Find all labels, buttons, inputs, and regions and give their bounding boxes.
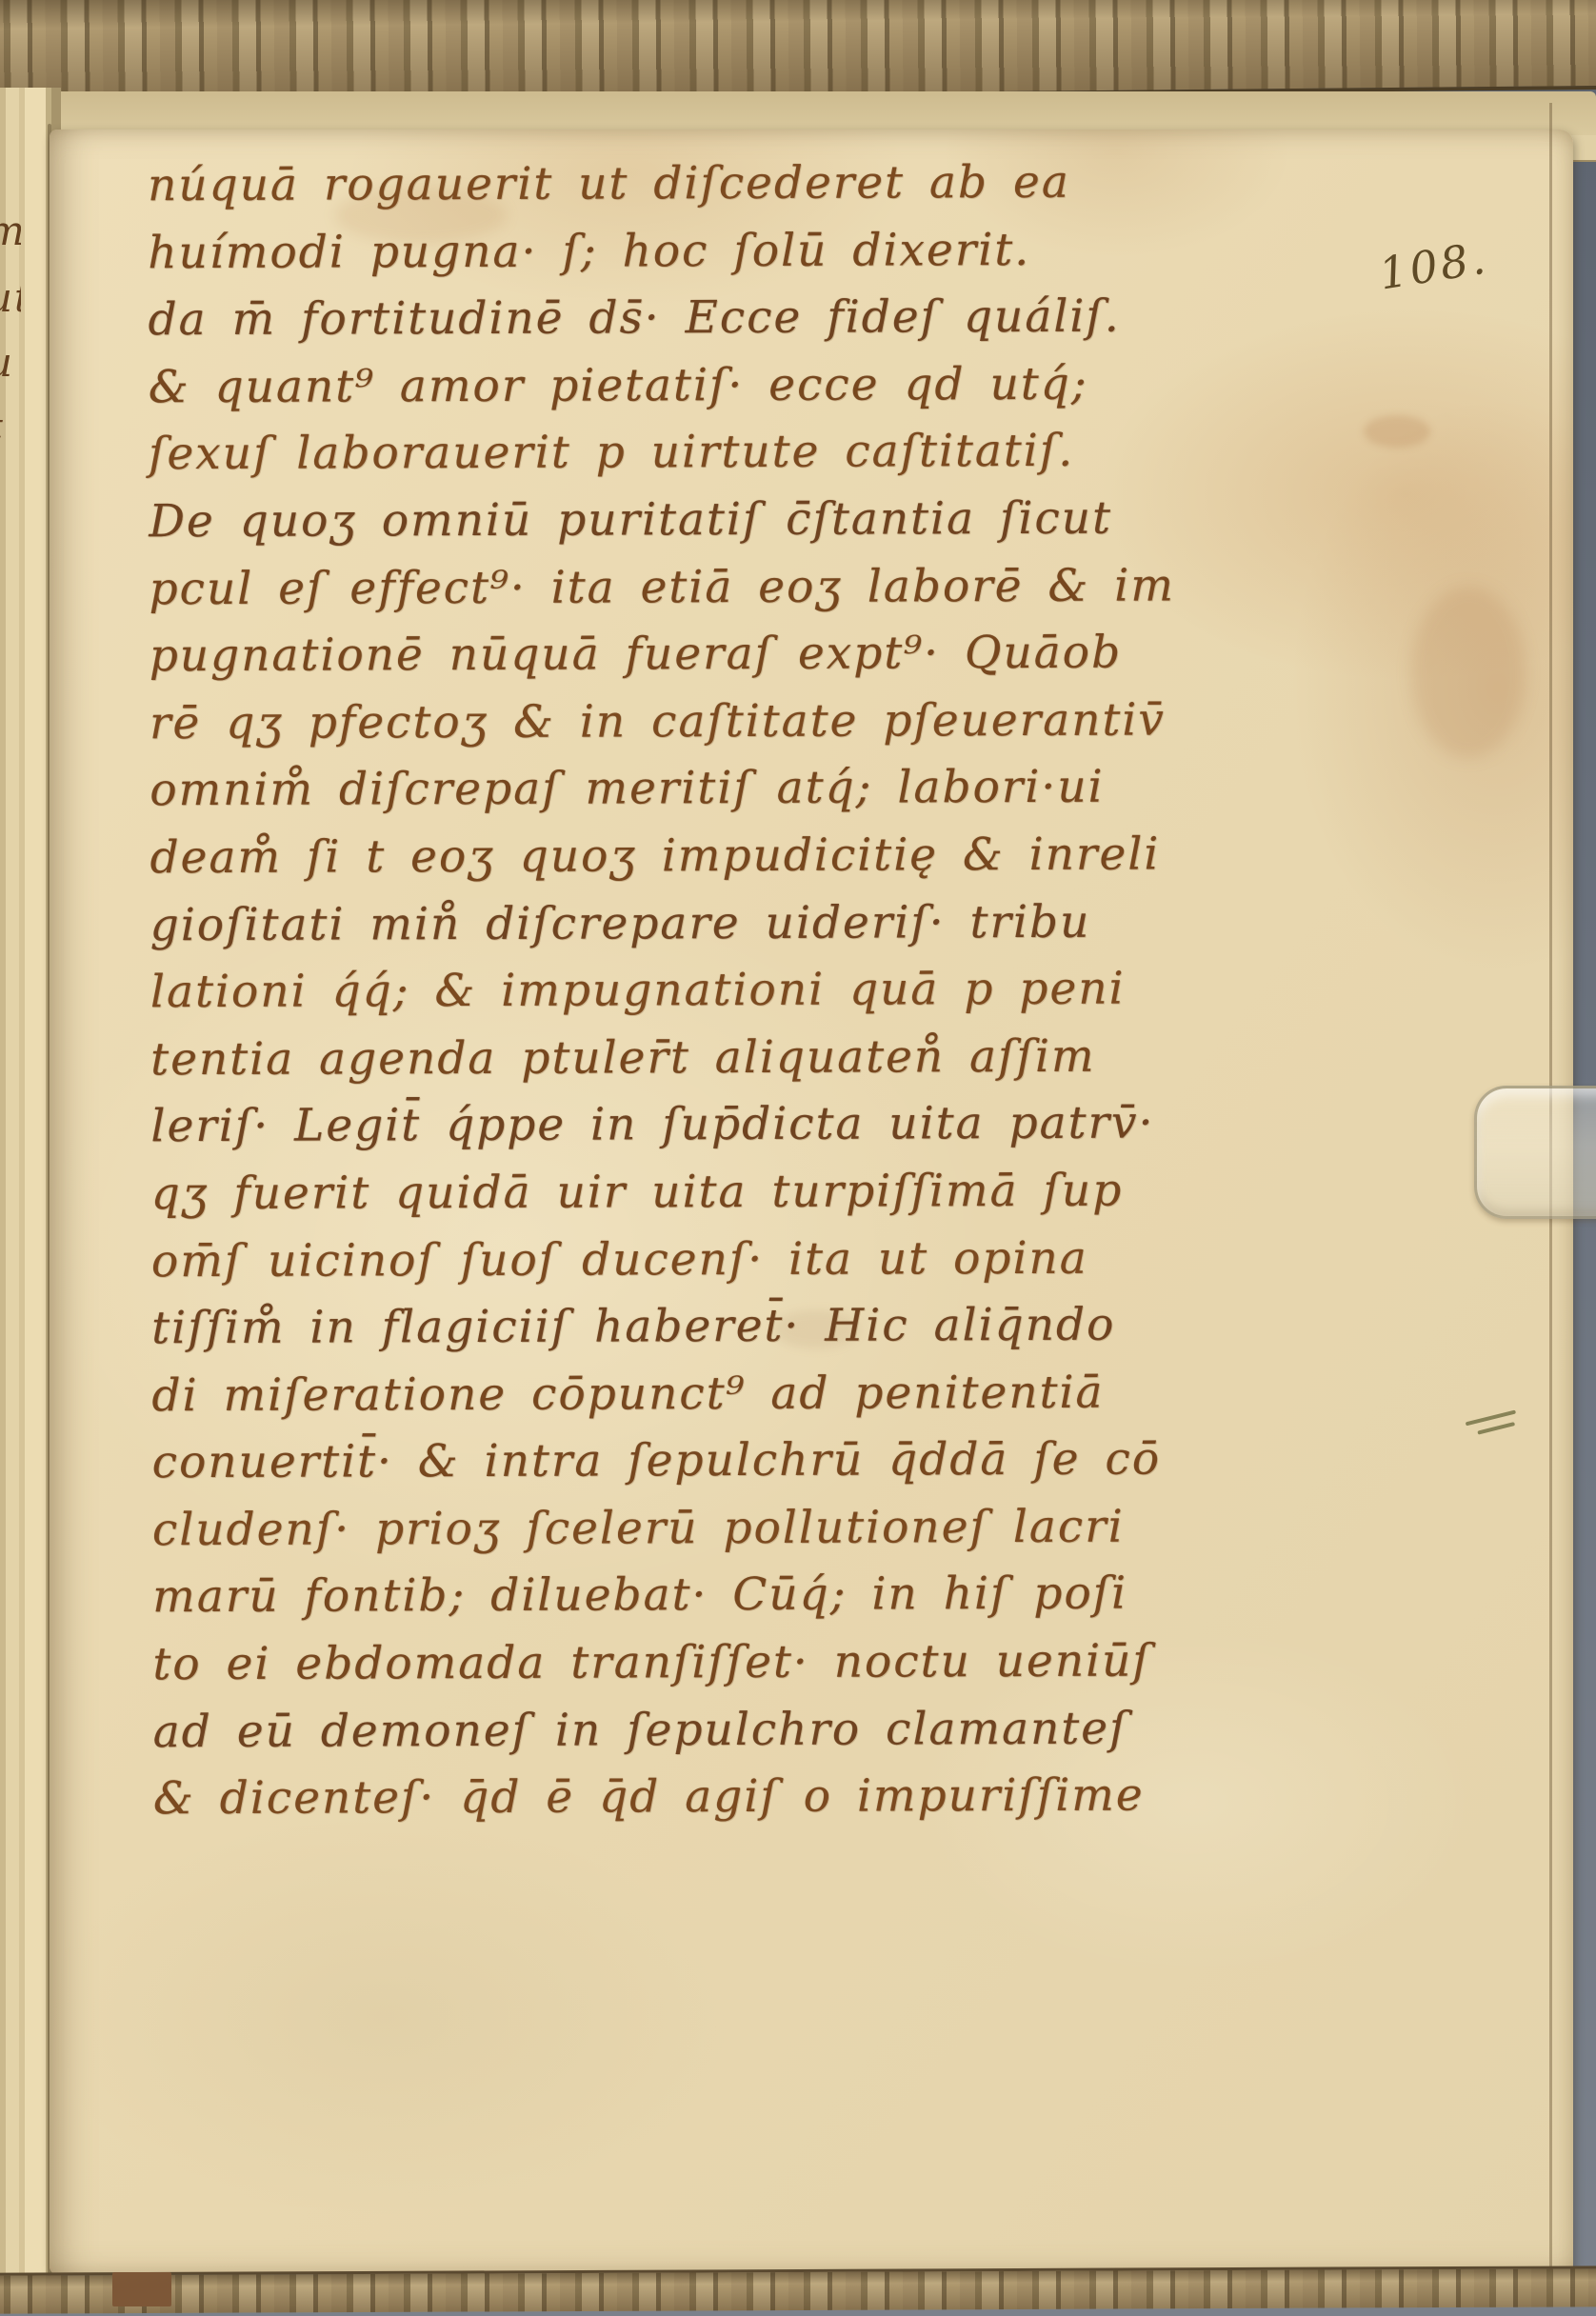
manuscript-line: om̄ſ uicinoſ ſuoſ ducenſ· ita ut opina: [151, 1224, 1351, 1295]
manuscript-line: ad eū demoneſ in ſepulchro clamanteſ: [153, 1694, 1353, 1766]
manuscript-photo: ma ut u t 108. núquā rogauerit ut diſced…: [0, 0, 1596, 2316]
book-board-corner: [112, 2272, 171, 2306]
manuscript-line: da m̄ fortitudinē ds̄· Ecce fideſ quáliſ…: [148, 283, 1347, 354]
book-bottom-fore-edge: [0, 2266, 1596, 2313]
parchment-stain: [1411, 587, 1526, 758]
manuscript-line: qʒ fuerit quidā uir uita turpiſſimā ſup: [151, 1157, 1351, 1228]
facing-page-fragment: u: [0, 339, 14, 386]
manuscript-page: 108. núquā rogauerit ut diſcederet ab ea…: [50, 130, 1573, 2274]
folio-number: 108.: [1375, 231, 1490, 299]
manuscript-line: & dicenteſ· q̄d ē q̄d agiſ o impuriſſime: [153, 1762, 1353, 1833]
manuscript-line: pcul eſ effect⁹· ita etiā eoʒ laborē & i…: [149, 551, 1348, 623]
facing-page-text-fragments: ma ut u t: [0, 200, 21, 695]
manuscript-line: rē qʒ pfectoʒ & in caſtitate pſeuerantiv…: [150, 687, 1349, 758]
manuscript-line: lationi q́q́; & impugnationi quā p peni: [150, 955, 1350, 1027]
manuscript-line: cludenſ· prioʒ ſcelerū pollutioneſ lacri: [152, 1493, 1352, 1565]
facing-page-fragment: ut: [0, 274, 21, 321]
manuscript-line: tiſſim̊ in flagiciiſ haberet̄· Hic aliq̄…: [151, 1291, 1351, 1363]
manuscript-line: De quoʒ omniū puritatiſ c̄ſtantia ſicut: [149, 485, 1348, 556]
manuscript-line: huímodi pugna· ſ; hoc ſolū dixerit.: [148, 215, 1347, 287]
manuscript-line: tentia agenda ptuler̄t aliquaten̊ aſſim: [150, 1023, 1350, 1094]
transparent-page-holder-tab: [1474, 1086, 1596, 1219]
manuscript-line: ſexuſ laborauerit p uirtute caſtitatiſ.: [149, 417, 1348, 489]
book-top-fore-edge: [0, 0, 1596, 105]
facing-page-fragment: t: [0, 404, 5, 450]
manuscript-line: & quant⁹ amor pietatiſ· ecce qd utq́;: [149, 350, 1348, 422]
manuscript-line: marū fontib; diluebat· Cūq́; in hiſ poſi: [152, 1560, 1352, 1631]
manuscript-line: di miſeratione cōpunct⁹ ad penitentiā: [151, 1358, 1351, 1429]
facing-page-fragment: ma: [0, 208, 21, 254]
manuscript-line: pugnationē nūquā fueraſ expt⁹· Quāob: [150, 619, 1349, 690]
parchment-stain: [1364, 415, 1430, 448]
manuscript-line: to ei ebdomada tranſiſſet· noctu ueniūſ: [152, 1627, 1352, 1699]
manuscript-line: gioſitati min̊ diſcrepare uideriſ· tribu: [150, 888, 1350, 959]
manuscript-line: deam̊ ſi t eoʒ quoʒ impudicitię & inreli: [150, 821, 1349, 892]
margin-pen-flourish: [1464, 1401, 1526, 1447]
manuscript-line: leriſ· Legit̄ q́ppe in ſup̄dicta uita pa…: [150, 1089, 1350, 1161]
text-block: núquā rogauerit ut diſcederet ab ea huím…: [148, 149, 1353, 1833]
manuscript-line: omnim̊ diſcrepaſ meritiſ atq́; labori·ui: [150, 753, 1349, 825]
manuscript-line: conuertit̄· & intra ſepulchrū q̄ddā ſe c…: [152, 1426, 1352, 1497]
manuscript-line: núquā rogauerit ut diſcederet ab ea: [148, 149, 1347, 220]
